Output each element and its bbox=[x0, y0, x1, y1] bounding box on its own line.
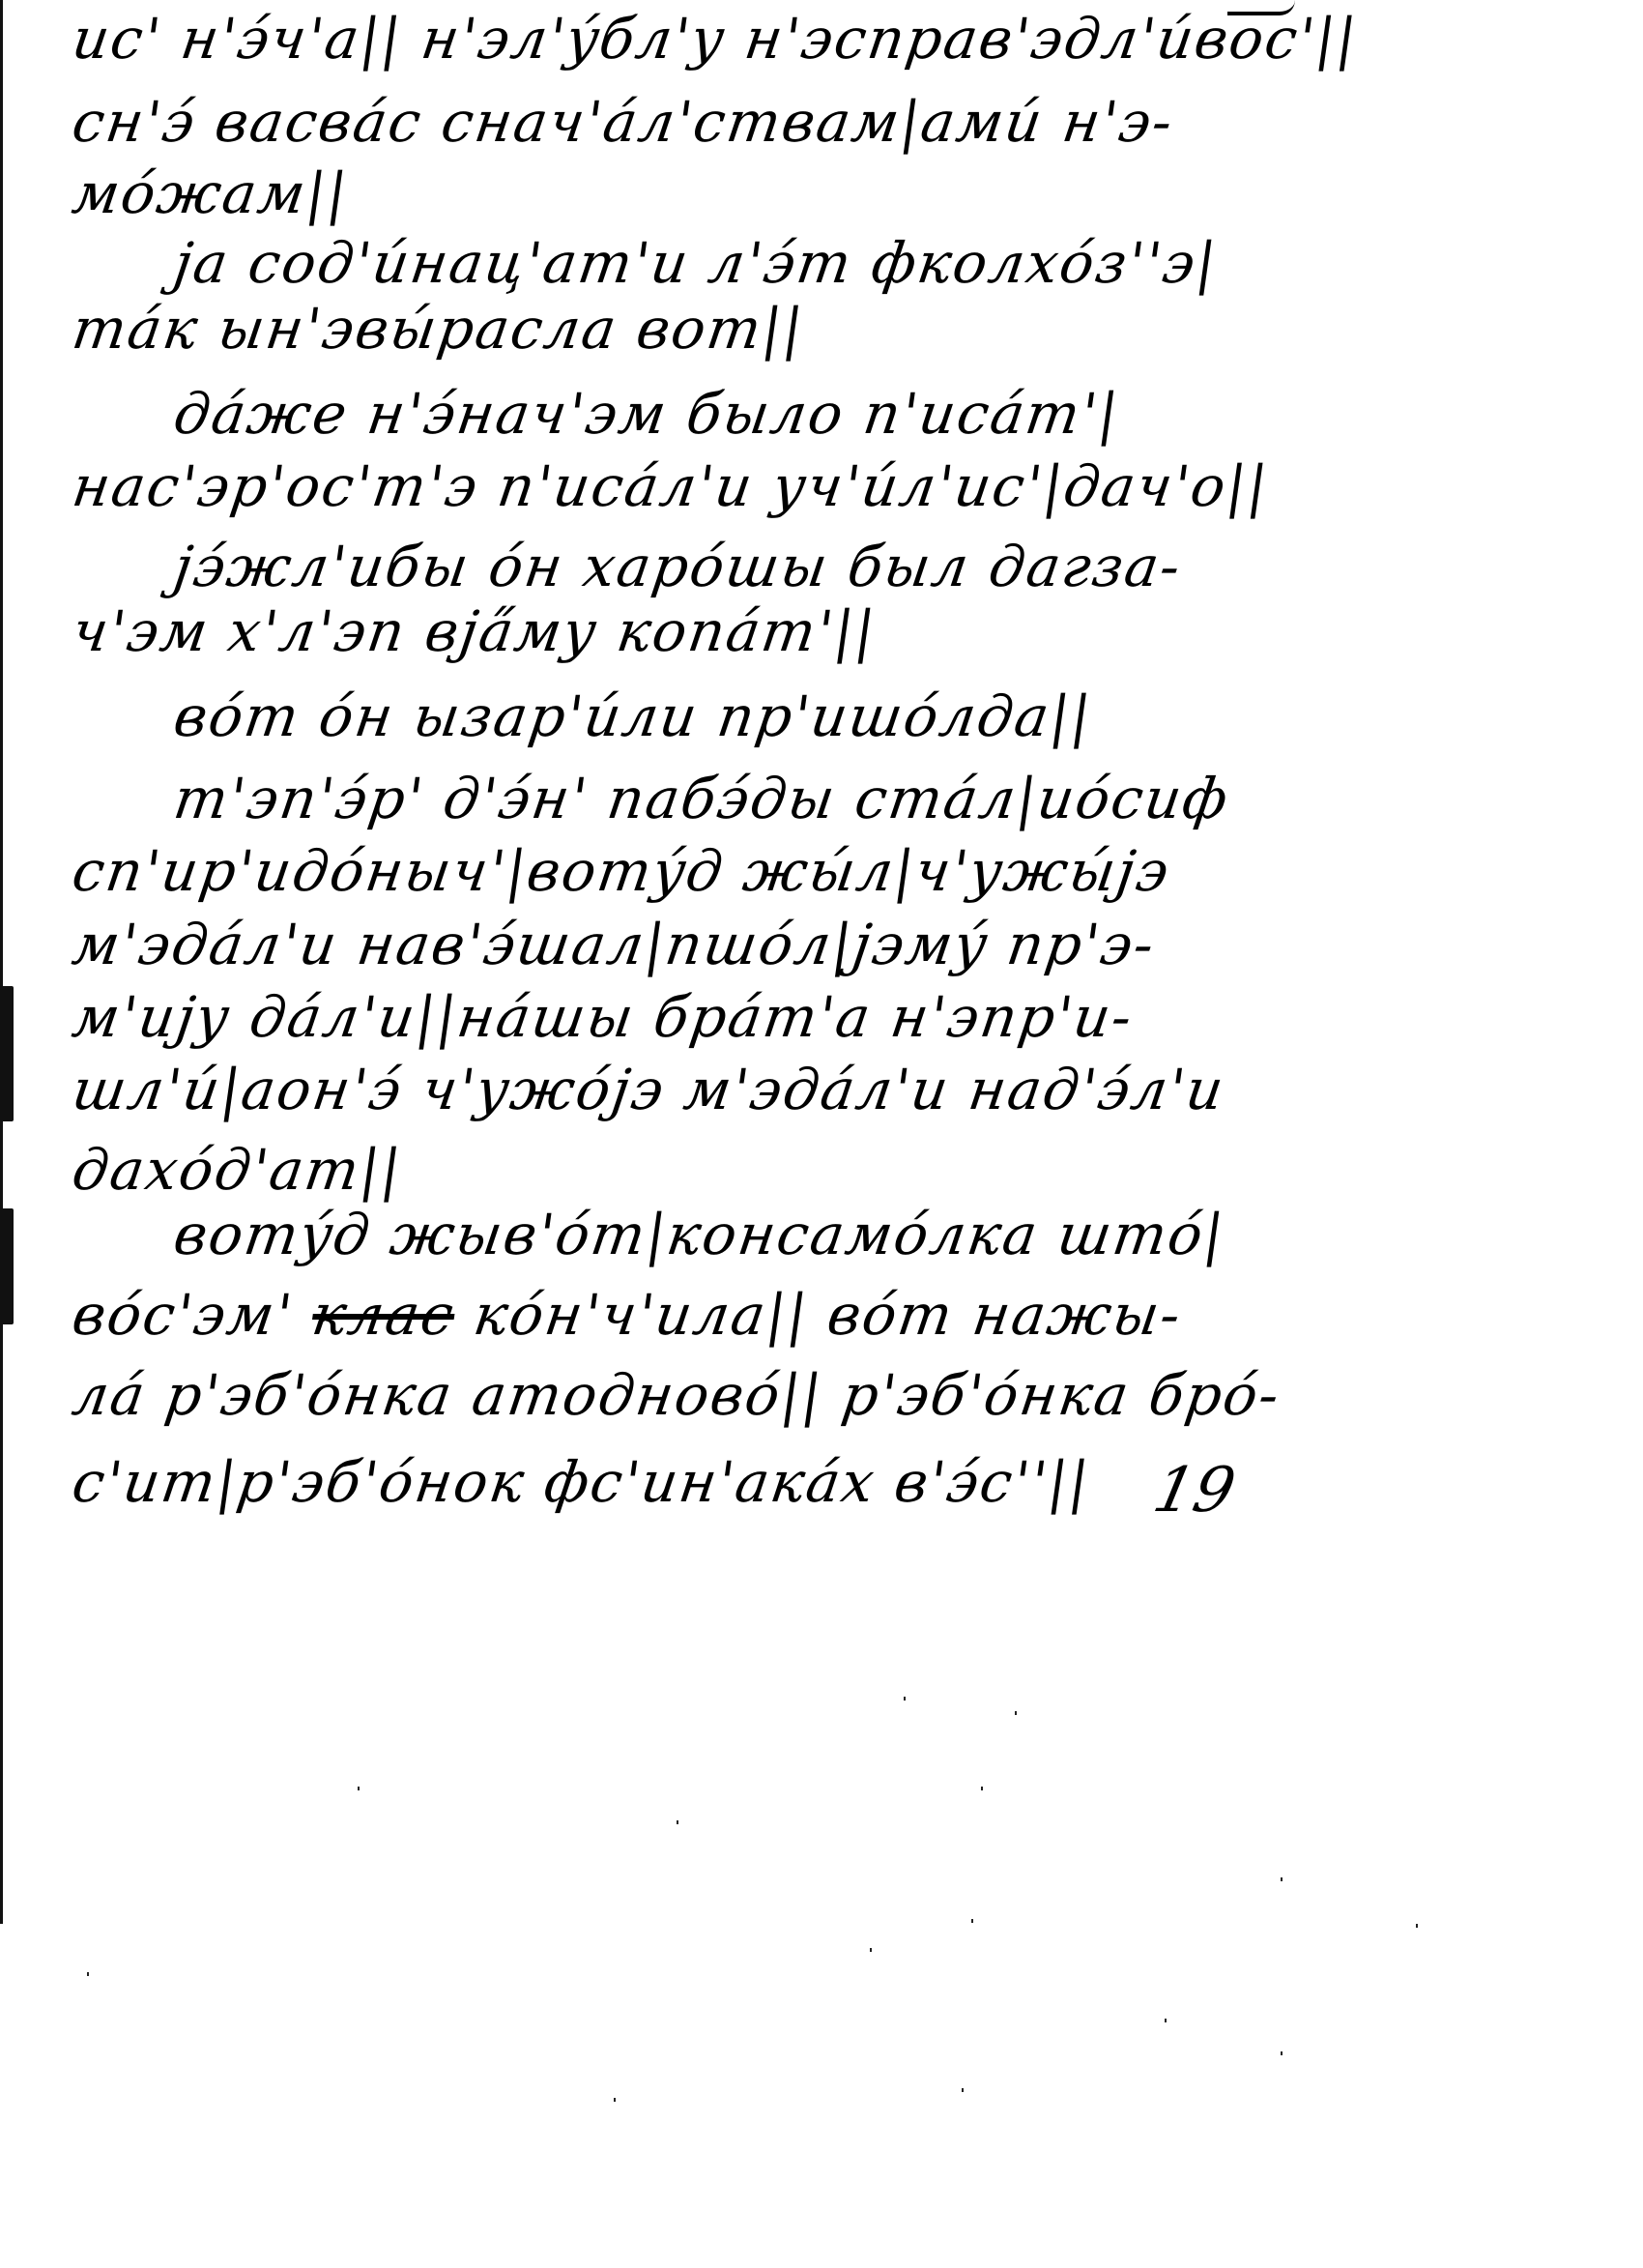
text-line-2: сн'э́ васва́с снач'а́л'ствам|ами́ н'э- bbox=[68, 83, 1179, 160]
scan-speck bbox=[358, 1787, 360, 1790]
margin-smudge bbox=[0, 1208, 14, 1324]
scan-speck bbox=[1416, 1924, 1418, 1928]
text-line-1: ис' н'э́ч'а|| н'эл'ýбл'у н'эсправ'эдл'и́… bbox=[68, 0, 1363, 77]
scan-speck bbox=[614, 2098, 616, 2102]
text-line-5: та́к ын'эвы́расла вот|| bbox=[68, 290, 810, 367]
text-line-17: вотýд жыв'о́т|консамо́лка што́| bbox=[169, 1196, 1230, 1273]
scan-speck bbox=[1281, 2051, 1283, 2055]
scan-speck bbox=[981, 1787, 983, 1790]
line-18-rest: ко́н'ч'ила|| во́т нажы- bbox=[470, 1282, 1186, 1348]
text-line-10: во́т о́н ызар'и́ли пр'ишо́лда|| bbox=[169, 678, 1098, 755]
text-line-9: ч'эм х'л'эп вja̋му копа́т'|| bbox=[68, 593, 881, 670]
scan-speck bbox=[1281, 1877, 1283, 1881]
line-18-start: во́с'эм' bbox=[69, 1282, 298, 1348]
margin-smudge bbox=[0, 986, 14, 1121]
text-line-20: с'ит|р'эб'о́нок фс'ин'ака́х в'э́с''|| bbox=[68, 1443, 1095, 1521]
text-line-15: шл'и́|аон'э́ ч'ужо́jэ м'эда́л'и над'э́л'… bbox=[68, 1051, 1230, 1128]
scan-speck bbox=[1165, 2019, 1167, 2022]
scan-speck bbox=[87, 1972, 89, 1976]
scanned-page: ис' н'э́ч'а|| н'эл'ýбл'у н'эсправ'эдл'и́… bbox=[0, 0, 1643, 2268]
text-line-12: сп'ир'идо́ныч'|вотýд жы́л|ч'ужы́jэ bbox=[68, 832, 1175, 910]
text-line-3: мо́жам|| bbox=[68, 155, 354, 232]
text-line-6: да́же н'э́нач'эм было п'иса́т'| bbox=[169, 375, 1125, 452]
scan-speck bbox=[677, 1820, 678, 1824]
left-margin-line bbox=[0, 0, 3, 1924]
page-number: 19 bbox=[1147, 1455, 1241, 1527]
scan-speck bbox=[1015, 1711, 1017, 1715]
text-line-11: т'эп'э́р' д'э́н' пабэ́ды ста́л|ио́сиф bbox=[169, 760, 1234, 837]
scan-speck bbox=[971, 1919, 973, 1923]
text-line-14: м'иjу да́л'и||на́шы бра́т'а н'эпр'и- bbox=[68, 978, 1139, 1056]
text-line-7: нас'эр'ос'т'э п'иса́л'и уч'и́л'ис'|дач'о… bbox=[68, 448, 1274, 525]
text-line-13: м'эда́л'и нав'э́шал|пшо́л|jэмý пр'э- bbox=[68, 906, 1161, 983]
text-line-19: ла́ р'эб'о́нка атодново́|| р'эб'о́нка бр… bbox=[68, 1356, 1285, 1434]
scan-speck bbox=[870, 1948, 872, 1952]
scan-speck bbox=[962, 2088, 964, 2092]
text-line-18: во́с'эм' клас ко́н'ч'ила|| во́т нажы- bbox=[68, 1276, 1187, 1353]
struck-out-word: клас bbox=[308, 1282, 459, 1348]
scan-speck bbox=[904, 1697, 906, 1701]
